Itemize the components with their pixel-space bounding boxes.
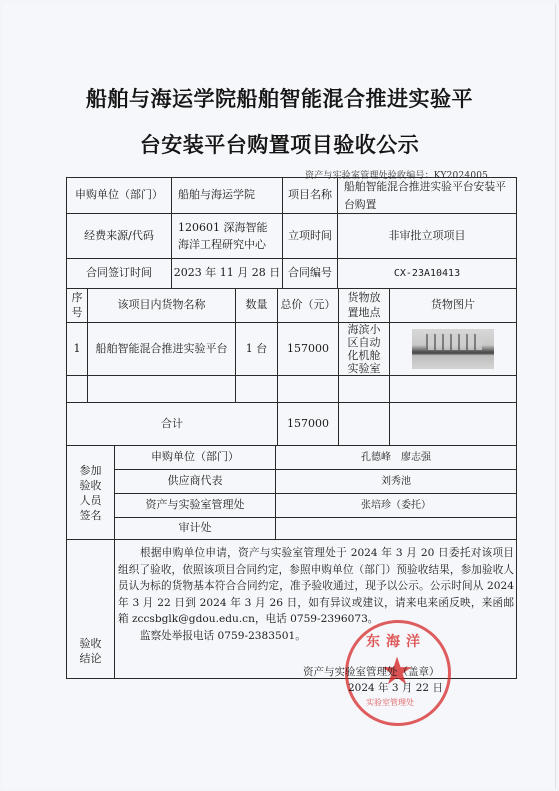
conclusion-paragraph: 根据申购单位申请，资产与实验室管理处于 2024 年 3 月 20 日委托对该项… <box>118 545 514 628</box>
sign-date: 2024 年 3 月 22 日 <box>348 680 443 695</box>
total-label: 合计 <box>66 402 278 446</box>
header-qty: 数量 <box>235 288 278 323</box>
project-name-label: 项目名称 <box>282 177 338 214</box>
row1-location: 海滨小区自动化机舱实验室 <box>338 322 390 376</box>
conclusion-text: 根据申购单位申请，资产与实验室管理处于 2024 年 3 月 20 日委托对该项… <box>118 545 514 644</box>
row2-location <box>338 375 390 403</box>
project-time-value: 非审批立项项目 <box>337 213 517 259</box>
total-value: 157000 <box>277 402 339 446</box>
signature-role-asset-office: 资产与实验室管理处 <box>114 493 276 518</box>
contract-no-value: CX-23A10413 <box>337 258 517 289</box>
row1-photo-cell <box>389 322 517 376</box>
row2-qty <box>235 375 278 403</box>
header-name: 该项目内货物名称 <box>87 288 236 323</box>
signatures-group-label: 参加验收人员签名 <box>66 445 115 540</box>
project-name-value: 船舶智能混合推进实验平台安装平台购置 <box>337 177 517 214</box>
funding-value: 120601 深海智能海洋工程研究中心 <box>171 213 283 259</box>
total-photo <box>389 402 517 446</box>
seal-bottom-text: 实验室管理处 <box>366 697 414 708</box>
signature-names-asset-office: 张培珍（委托） <box>275 493 517 518</box>
seal-top-text: 东海洋 <box>366 631 426 651</box>
row2-seq <box>66 375 88 403</box>
applicant-value: 船舶与海运学院 <box>171 177 283 214</box>
report-phone: 监察处举报电话 0759-2383501。 <box>118 628 514 645</box>
conclusion-label: 验收结论 <box>66 539 115 679</box>
row1-name: 船舶智能混合推进实验平台 <box>87 322 236 376</box>
header-photo: 货物图片 <box>389 288 517 323</box>
applicant-label: 申购单位（部门） <box>66 177 172 214</box>
row1-price: 157000 <box>277 322 339 376</box>
row2-name <box>87 375 236 403</box>
row1-qty: 1 台 <box>235 322 278 376</box>
signature-names-audit <box>275 517 517 540</box>
signature-role-applicant: 申购单位（部门） <box>114 445 276 470</box>
row1-seq: 1 <box>66 322 88 376</box>
contract-no-label: 合同编号 <box>282 258 338 289</box>
project-time-label: 立项时间 <box>282 213 338 259</box>
document-title-line2: 台安装平台购置项目验收公示 <box>0 129 559 159</box>
signature-role-supplier: 供应商代表 <box>114 469 276 494</box>
row2-photo <box>389 375 517 403</box>
signature-names-supplier: 刘秀池 <box>275 469 517 494</box>
total-location <box>338 402 390 446</box>
funding-label: 经费来源/代码 <box>66 213 172 259</box>
header-price: 总价（元） <box>277 288 339 323</box>
contract-date-value: 2023 年 11 月 28 日 <box>171 258 283 289</box>
row2-price <box>277 375 339 403</box>
document-title-line1: 船舶与海运学院船舶智能混合推进实验平 <box>0 83 559 113</box>
signature-names-applicant: 孔德峰 廖志强 <box>275 445 517 470</box>
ship-photo <box>412 329 494 369</box>
signer-office: 资产与实验室管理处（盖章） <box>303 664 440 679</box>
contract-date-label: 合同签订时间 <box>66 258 172 289</box>
signature-role-audit: 审计处 <box>114 517 276 540</box>
header-seq: 序号 <box>66 288 88 323</box>
header-location: 货物放置地点 <box>338 288 390 323</box>
